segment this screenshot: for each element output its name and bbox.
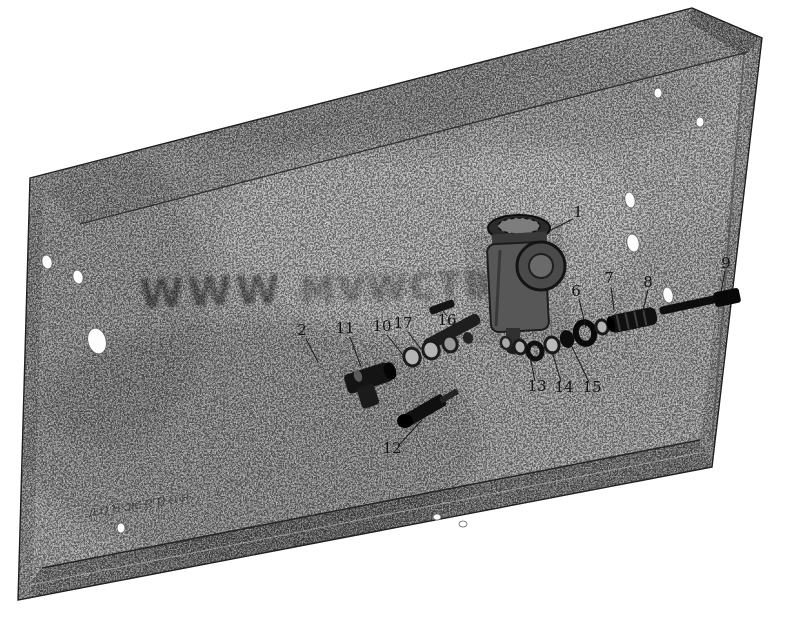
watermark-smudge: MVWCTB xyxy=(299,264,494,312)
callout-label-7: 7 xyxy=(604,269,614,287)
figure-canvas: WWW MVWCTB лонжерон xyxy=(0,0,785,637)
callout-label-6: 6 xyxy=(571,282,581,300)
callout-label-1: 1 xyxy=(573,203,583,221)
bolt-hole xyxy=(696,117,704,127)
bolt-hole xyxy=(654,88,662,98)
callout-label-16: 16 xyxy=(437,311,456,329)
callout-label-9: 9 xyxy=(721,254,731,272)
callout-label-8: 8 xyxy=(643,273,653,291)
callout-label-11: 11 xyxy=(335,319,354,337)
bolt-hole xyxy=(459,521,467,527)
callout-label-2: 2 xyxy=(297,321,307,339)
union-head xyxy=(397,414,413,428)
bolt-hole xyxy=(433,514,441,520)
watermark-text: WWW xyxy=(139,267,285,318)
valve-diaphragm-inner xyxy=(529,254,553,278)
bolt-hole xyxy=(117,523,125,533)
callout-label-12: 12 xyxy=(382,439,401,457)
callout-label-10: 10 xyxy=(372,317,391,335)
callout-label-14: 14 xyxy=(554,378,573,396)
callout-label-15: 15 xyxy=(582,378,601,396)
valve-cap-ribs xyxy=(498,218,540,234)
callout-label-13: 13 xyxy=(527,377,546,395)
callout-label-17: 17 xyxy=(393,314,412,332)
parts-diagram-figure: WWW MVWCTB лонжерон xyxy=(0,0,785,637)
